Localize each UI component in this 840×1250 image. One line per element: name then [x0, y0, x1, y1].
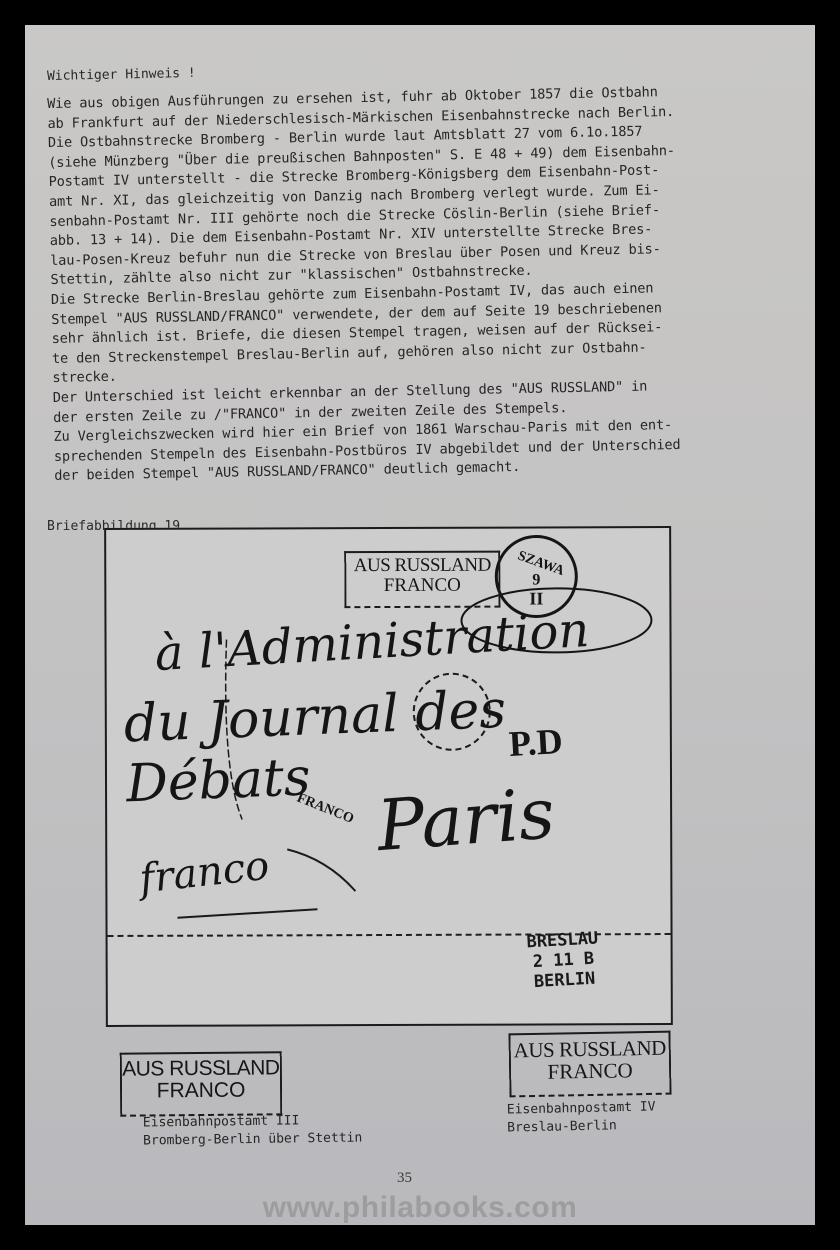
svg-text:9: 9 — [532, 571, 540, 588]
envelope-illustration: SZAWA 9 II AUS RUSSLAND FRANCO à l'Admin… — [104, 526, 673, 1027]
svg-text:SZAWA: SZAWA — [516, 549, 567, 580]
body-paragraph: Wie aus obigen Ausführungen zu ersehen i… — [47, 80, 814, 486]
breslau-berlin-transit-stamp: BRESLAU 2 11 B BERLIN — [526, 928, 601, 992]
aus-russland-franco-stamp: AUS RUSSLAND FRANCO — [344, 551, 500, 609]
book-page: Wichtiger Hinweis ! Wie aus obigen Ausfü… — [25, 25, 815, 1225]
watermark: www.philabooks.com — [25, 1191, 815, 1225]
caption-postamt-iv: Eisenbahnpostamt IV Breslau-Berlin — [507, 1098, 656, 1137]
sample-stamp-postamt-iv: AUS RUSSLAND FRANCO — [508, 1031, 671, 1098]
address-city: Paris — [374, 772, 557, 867]
caption-postamt-iii: Eisenbahnpostamt III Bromberg-Berlin übe… — [143, 1111, 363, 1150]
section-heading: Wichtiger Hinweis ! — [47, 66, 196, 84]
page-number: 35 — [397, 1170, 412, 1187]
pd-mark: P.D — [508, 720, 564, 765]
sample-stamp-postamt-iii: AUS RUSSLAND FRANCO — [120, 1051, 283, 1116]
